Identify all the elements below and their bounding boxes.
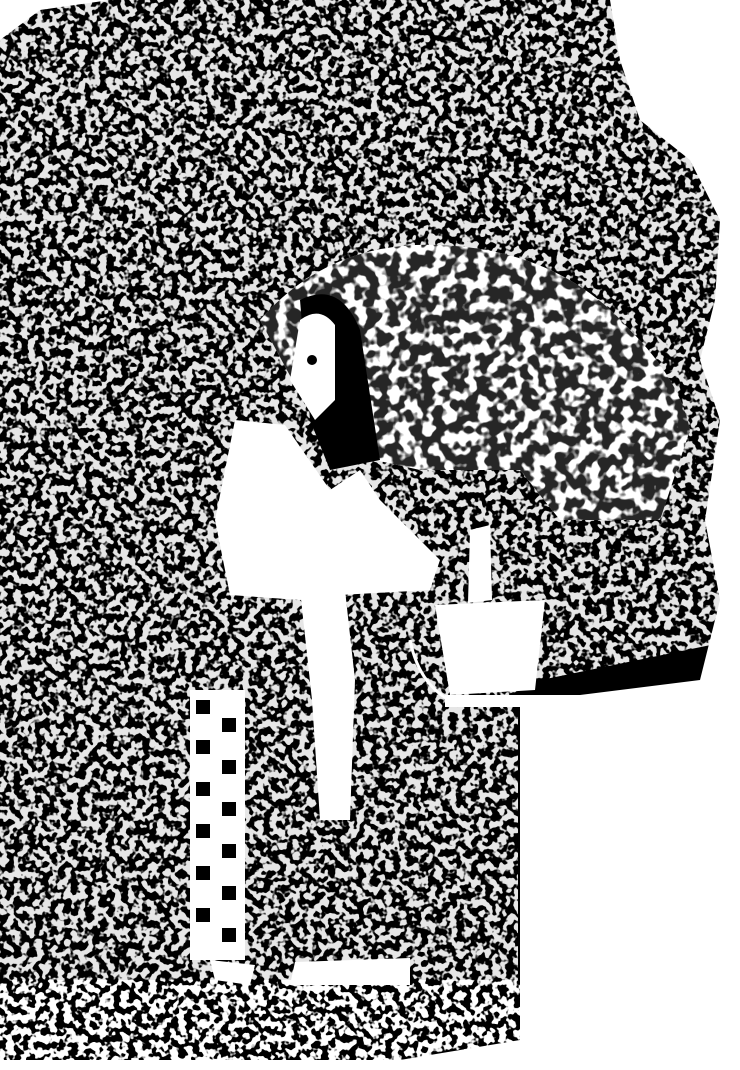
bottle [468, 525, 492, 603]
bucket [435, 600, 545, 695]
photograph [0, 0, 740, 1070]
woman-eye [307, 355, 317, 365]
ground-plants [0, 980, 560, 1070]
checkered-scarf [190, 690, 245, 960]
